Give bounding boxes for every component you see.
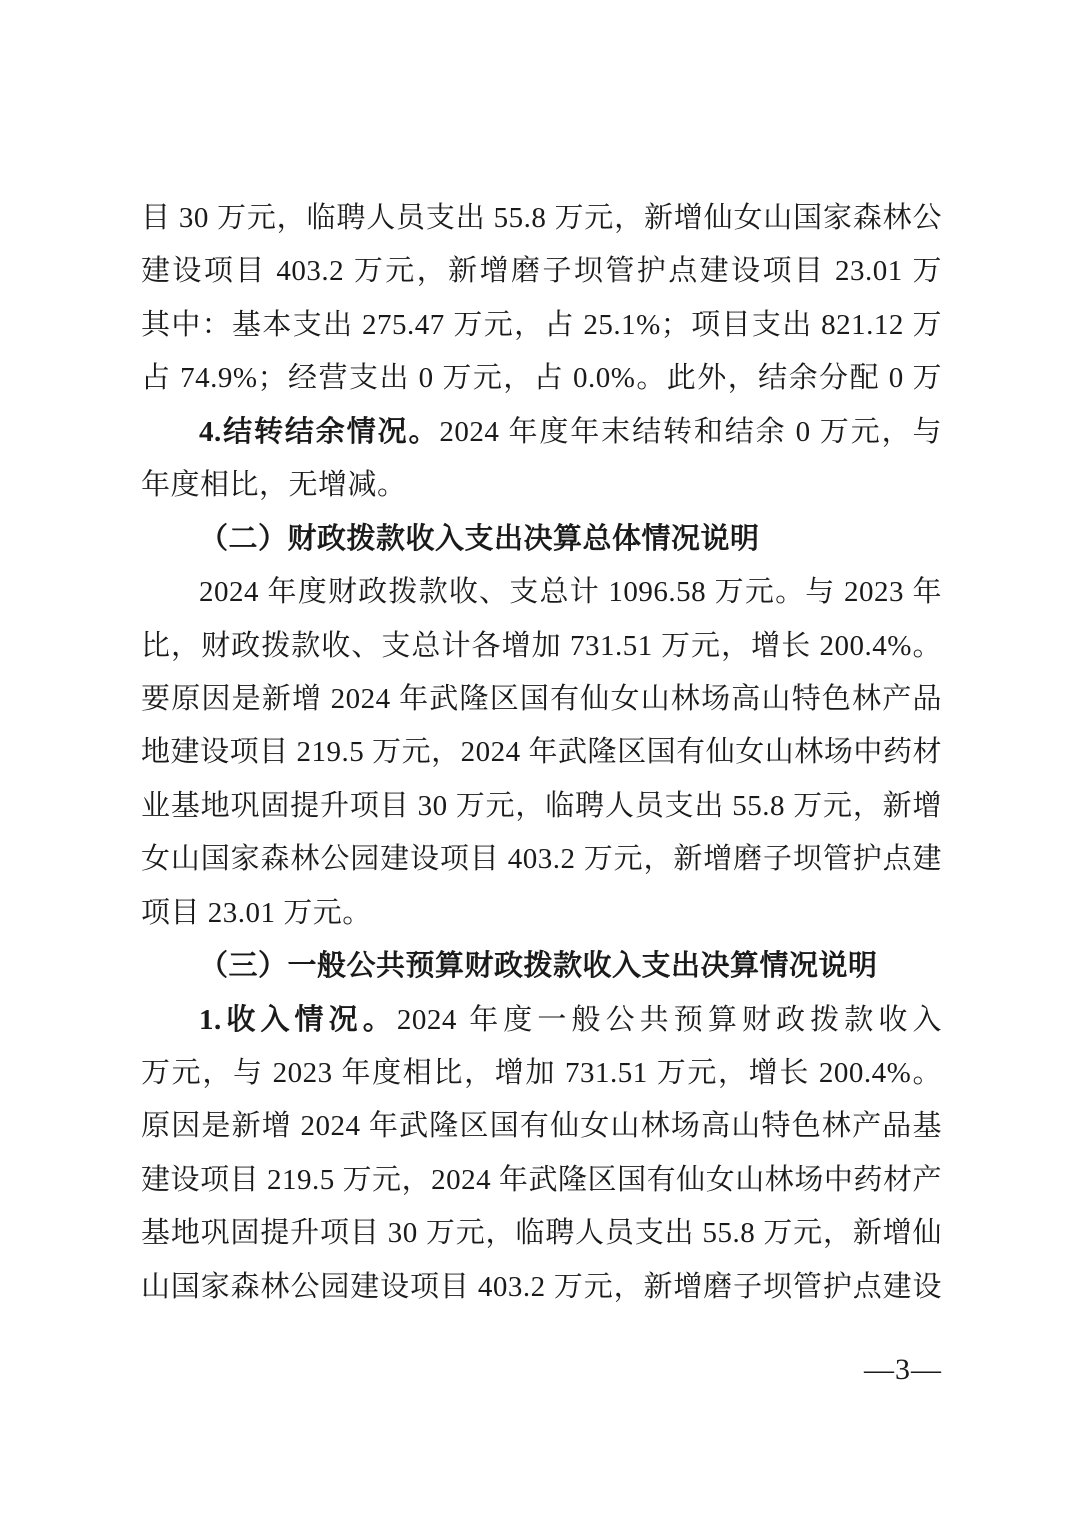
text-line: 地建设项目 219.5 万元，2024 年武隆区国有仙女山林场中药材产 (141, 726, 942, 779)
bold-text: （三）一般公共预算财政拨款收入支出决算情况说明 (199, 950, 878, 982)
text-line: 目 30 万元，临聘人员支出 55.8 万元，新增仙女山国家森林公园 (141, 192, 942, 245)
body-text: 山国家森林公园建设项目 403.2 万元，新增磨子坝管护点建设项 (141, 1271, 942, 1314)
body-text: 占 74.9%；经营支出 0 万元，占 0.0%。此外，结余分配 0 万元。 (141, 362, 942, 405)
text-line: 女山国家森林公园建设项目 403.2 万元，新增磨子坝管护点建设 (141, 833, 942, 886)
bold-text: 4.结转结余情况。 (199, 416, 439, 448)
body-text: 地建设项目 219.5 万元，2024 年武隆区国有仙女山林场中药材产 (141, 736, 942, 779)
text-line: 万元，与 2023 年度相比，增加 731.51 万元，增长 200.4%。主要 (141, 1047, 942, 1100)
body-text: 基地巩固提升项目 30 万元，临聘人员支出 55.8 万元，新增仙女 (141, 1217, 942, 1260)
text-line: 山国家森林公园建设项目 403.2 万元，新增磨子坝管护点建设项 (141, 1261, 942, 1314)
body-text: 原因是新增 2024 年武隆区国有仙女山林场高山特色林产品基地 (141, 1110, 942, 1153)
text-line: （三）一般公共预算财政拨款收入支出决算情况说明 (141, 940, 942, 993)
text-line: 4.结转结余情况。2024 年度年末结转和结余 0 万元，与 2023 (141, 406, 942, 459)
text-line: 年度相比，无增减。 (141, 459, 942, 512)
text-line: 其中：基本支出 275.47 万元，占 25.1%；项目支出 821.12 万元… (141, 299, 942, 352)
body-text: 女山国家森林公园建设项目 403.2 万元，新增磨子坝管护点建设 (141, 843, 942, 886)
bold-text: （二）财政拨款收入支出决算总体情况说明 (199, 523, 760, 555)
text-line: 1.收入情况。2024 年度一般公共预算财政拨款收入 1096.58 (141, 994, 942, 1047)
body-text: 年度相比，无增减。 (141, 469, 407, 501)
body-text: 其中：基本支出 275.47 万元，占 25.1%；项目支出 821.12 万元… (141, 309, 942, 352)
text-line: 2024 年度财政拨款收、支总计 1096.58 万元。与 2023 年相 (141, 566, 942, 619)
body-text: 项目 23.01 万元。 (141, 897, 372, 929)
text-line: 建设项目 219.5 万元，2024 年武隆区国有仙女山林场中药材产业 (141, 1154, 942, 1207)
text-line: （二）财政拨款收入支出决算总体情况说明 (141, 513, 942, 566)
text-line: 占 74.9%；经营支出 0 万元，占 0.0%。此外，结余分配 0 万元。 (141, 352, 942, 405)
text-line: 项目 23.01 万元。 (141, 887, 942, 940)
body-text: 2024 年度财政拨款收、支总计 1096.58 万元。与 2023 年相 (141, 576, 942, 619)
text-line: 原因是新增 2024 年武隆区国有仙女山林场高山特色林产品基地 (141, 1100, 942, 1153)
document-page: 目 30 万元，临聘人员支出 55.8 万元，新增仙女山国家森林公园建设项目 4… (0, 0, 1074, 1520)
text-line: 比，财政拨款收、支总计各增加 731.51 万元，增长 200.4%。主 (141, 620, 942, 673)
text-line: 基地巩固提升项目 30 万元，临聘人员支出 55.8 万元，新增仙女 (141, 1207, 942, 1260)
body-text: 业基地巩固提升项目 30 万元，临聘人员支出 55.8 万元，新增仙 (141, 790, 942, 833)
text-line: 要原因是新增 2024 年武隆区国有仙女山林场高山特色林产品基 (141, 673, 942, 726)
body-text: 要原因是新增 2024 年武隆区国有仙女山林场高山特色林产品基 (141, 683, 942, 726)
text-line: 业基地巩固提升项目 30 万元，临聘人员支出 55.8 万元，新增仙 (141, 780, 942, 833)
text-line: 建设项目 403.2 万元，新增磨子坝管护点建设项目 23.01 万元。 (141, 245, 942, 298)
body-text: 比，财政拨款收、支总计各增加 731.51 万元，增长 200.4%。主 (141, 630, 942, 673)
document-body: 目 30 万元，临聘人员支出 55.8 万元，新增仙女山国家森林公园建设项目 4… (141, 192, 942, 1314)
body-text: 建设项目 219.5 万元，2024 年武隆区国有仙女山林场中药材产业 (141, 1164, 942, 1207)
bold-text: 1.收入情况。 (199, 1004, 397, 1036)
body-text: 目 30 万元，临聘人员支出 55.8 万元，新增仙女山国家森林公园 (141, 202, 942, 245)
body-text: 万元，与 2023 年度相比，增加 731.51 万元，增长 200.4%。主要 (141, 1057, 942, 1100)
page-number: —3— (864, 1352, 942, 1388)
body-text: 建设项目 403.2 万元，新增磨子坝管护点建设项目 23.01 万元。 (141, 255, 942, 298)
